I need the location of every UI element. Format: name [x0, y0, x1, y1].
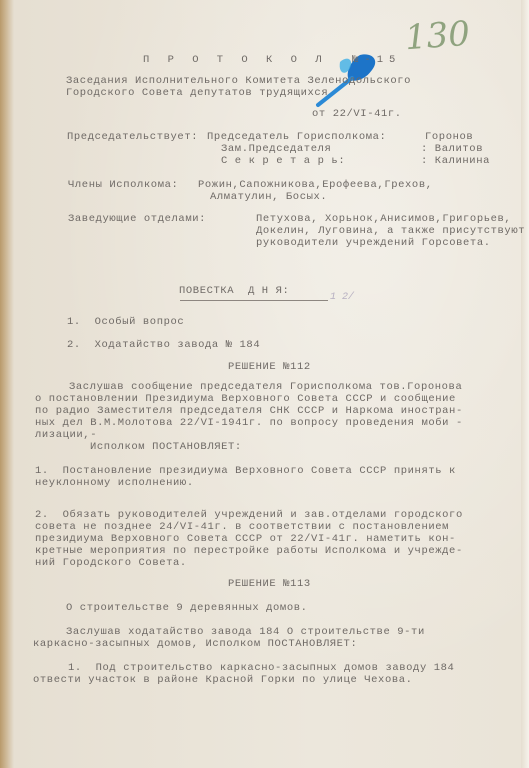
- agenda-item-1: 1. Особый вопрос: [67, 316, 184, 328]
- decision-112-item-2-line-1: 2. Обязать руководителей учреждений и за…: [35, 509, 463, 521]
- decision-113-item-1-line-1: 1. Под строительство каркасно-засыпных д…: [68, 662, 454, 674]
- pencil-mark: 1 2/: [330, 292, 354, 303]
- members-line-2: Алматулин, Босых.: [210, 191, 327, 203]
- members-line-1: Рожин,Сапожникова,Ерофеева,Грехов,: [198, 179, 433, 191]
- heads-line-2: Докелин, Луговина, а также присутствуют: [256, 225, 525, 237]
- heads-label: Заведующие отделами:: [68, 213, 206, 225]
- decision-112-para-4: ных дел В.М.Молотова 22/VI-1941г. по воп…: [35, 417, 463, 429]
- protocol-date: от 22/VI-41г.: [312, 108, 402, 120]
- presidium-name-2: : Валитов: [421, 143, 483, 155]
- presidium-name-3: : Калинина: [421, 155, 490, 167]
- decision-112-title: РЕШЕНИЕ №112: [228, 361, 311, 373]
- decision-112-para-3: по радио Заместителя председателя СНК СС…: [35, 405, 463, 417]
- decision-112-resolves: Исполком ПОСТАНОВЛЯЕТ:: [90, 441, 242, 453]
- decision-112-item-1-line-2: неуклонному исполнению.: [35, 477, 194, 489]
- heads-line-1: Петухова, Хорьнок,Анисимов,Григорьев,: [256, 213, 511, 225]
- presidium-role-1: Председатель Горисполкома:: [207, 131, 386, 143]
- header-line-1: Заседания Исполнительного Комитета Зелен…: [66, 75, 411, 87]
- folio-number: 130: [404, 14, 472, 58]
- decision-113-para-2: каркасно-засыпных домов, Исполком ПОСТАН…: [33, 638, 357, 650]
- decision-113-para-1: Заслушав ходатайство завода 184 О строит…: [66, 626, 425, 638]
- decision-113-subject: О строительстве 9 деревянных домов.: [66, 602, 308, 614]
- presidium-name-1: Горонов: [425, 131, 473, 143]
- members-label: Члены Исполкома:: [68, 179, 178, 191]
- protocol-title: П Р О Т О К О Л №-15: [143, 54, 401, 66]
- decision-112-item-2-line-2: совета не позднее 24/VI-41г. в соответст…: [35, 521, 449, 533]
- decision-112-item-2-line-3: президиума Верховного Совета СССР от 22/…: [35, 533, 456, 545]
- decision-113-title: РЕШЕНИЕ №113: [228, 578, 311, 590]
- agenda-title: ПОВЕСТКА Д Н Я:: [179, 285, 289, 297]
- presidium-role-2: Зам.Председателя: [221, 143, 331, 155]
- heads-line-3: руководители учреждений Горсовета.: [256, 237, 491, 249]
- decision-113-item-1-line-2: отвести участок в районе Красной Горки п…: [33, 674, 413, 686]
- page-edge: [521, 0, 529, 768]
- decision-112-para-2: о постановлении Президиума Верховного Со…: [35, 393, 456, 405]
- decision-112-item-2-line-4: кретные мероприятия по перестройке работ…: [35, 545, 463, 557]
- presidium-label: Председательствует:: [67, 131, 198, 143]
- decision-112-item-2-line-5: ний Городского Совета.: [35, 557, 187, 569]
- decision-112-para-1: Заслушав сообщение председателя Гориспол…: [69, 381, 462, 393]
- agenda-item-2: 2. Ходатайство завода № 184: [67, 339, 260, 351]
- decision-112-para-5: лизации,-: [35, 429, 97, 441]
- agenda-underline: [180, 300, 328, 301]
- decision-112-item-1-line-1: 1. Постановление президиума Верховного С…: [35, 465, 456, 477]
- header-line-2: Городского Совета депутатов трудящихся: [66, 87, 328, 99]
- presidium-role-3: С е к р е т а р ь:: [221, 155, 345, 167]
